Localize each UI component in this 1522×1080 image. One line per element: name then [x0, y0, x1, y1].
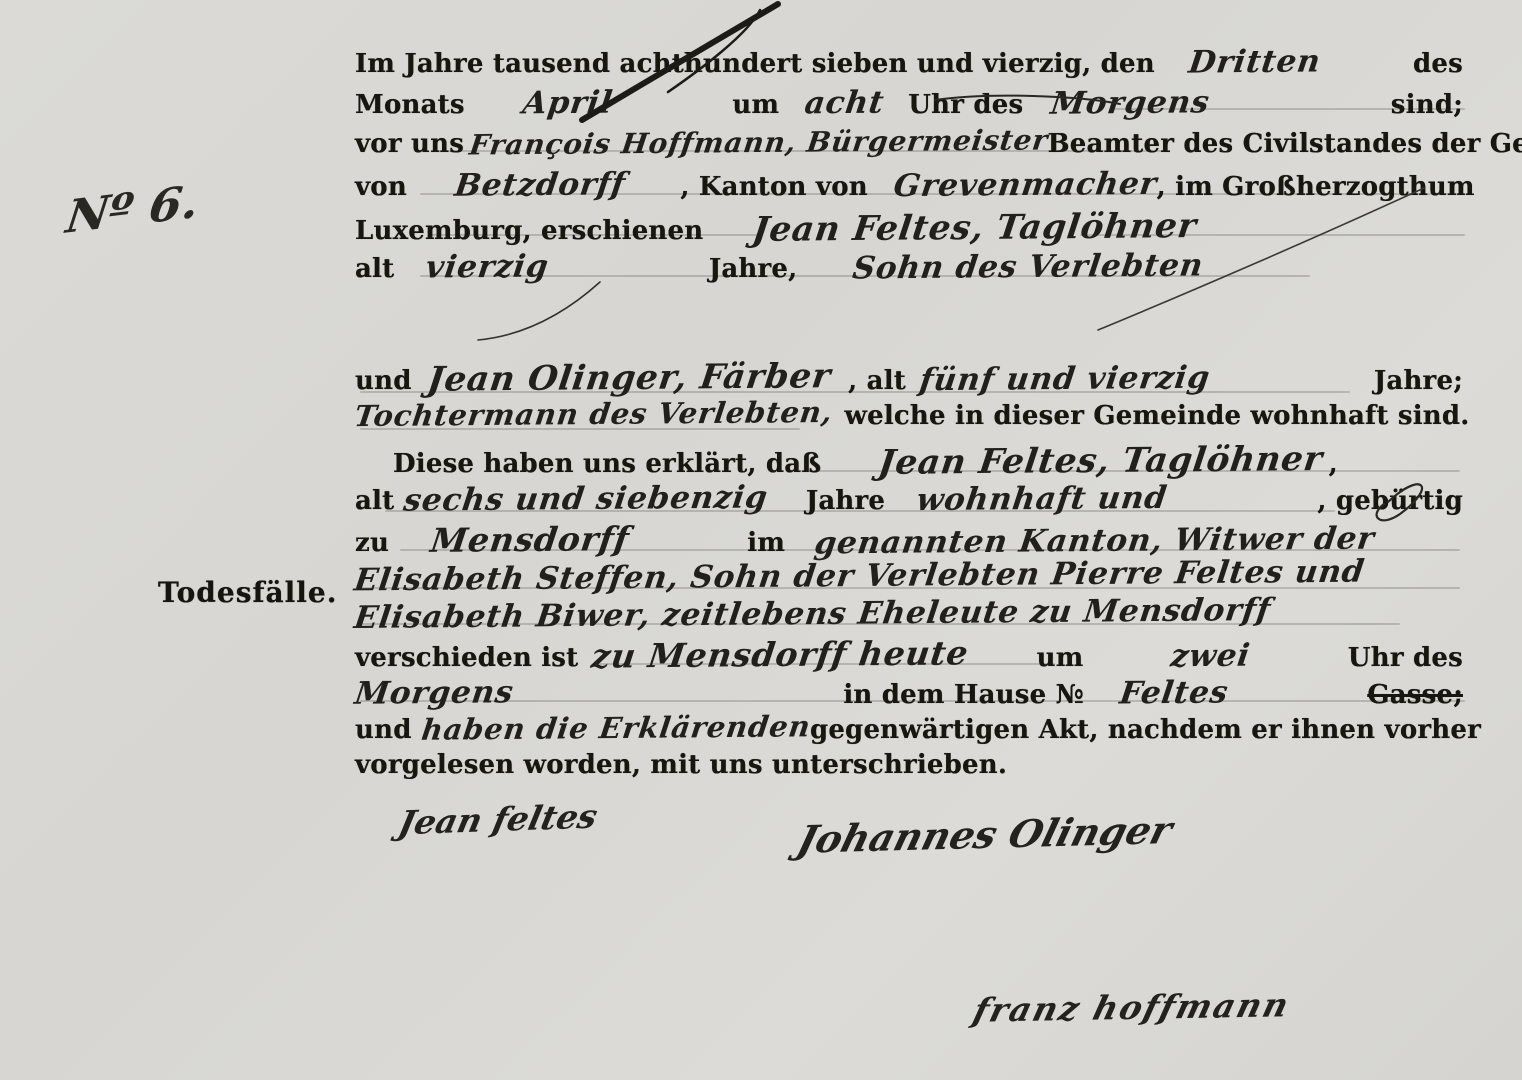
printed-text: Im Jahre tausend achthundert sieben und … [355, 49, 1155, 79]
printed-text: vorgelesen worden, mit uns unterschriebe… [355, 750, 1007, 780]
printed-text: im [747, 528, 785, 558]
handwritten-entry-declarant2: Jean Olinger, Färber [425, 356, 833, 400]
handwritten-entry-day: Dritten [1186, 43, 1322, 80]
printed-text: des [1413, 49, 1463, 79]
section-label-todesfaelle: Todesfälle. [158, 576, 337, 609]
handwritten-entry-deceased-age: sechs und siebenzig [402, 479, 771, 518]
form-line-8: Tochtermann des Verlebten, welche in die… [355, 397, 1463, 431]
printed-text: Uhr des [1348, 643, 1463, 673]
handwritten-entry-declarant1: Jean Feltes, Taglöhner [750, 206, 1199, 250]
handwritten-entry-residence: wohnhaft und [915, 480, 1170, 518]
handwritten-entry-birthplace: Mensdorff [428, 519, 632, 560]
handwritten-entry-relation1: Sohn des Verlebten [851, 247, 1206, 286]
handwritten-entry-age2: fünf und vierzig [917, 360, 1212, 399]
handwritten-entry-house: Feltes [1118, 675, 1231, 712]
printed-text: , alt [848, 366, 906, 396]
form-line-14: verschieden ist zu Mensdorff heute um zw… [355, 635, 1463, 674]
printed-text: verschieden ist [355, 643, 578, 673]
printed-text: und [355, 715, 412, 745]
death-register-page: Nº 6. Todesfälle. Im Jahre tausend achth… [0, 0, 1522, 1080]
handwritten-entry-death-daytime: Morgens [353, 674, 516, 711]
form-line-9: Diese haben uns erklärt, daß Jean Feltes… [355, 441, 1501, 481]
handwritten-entry-age1: vierzig [424, 248, 551, 285]
handwritten-entry-official: François Hoffmann, Bürgermeister [468, 123, 1051, 161]
form-line-12: Elisabeth Steffen, Sohn der Verlebten Pi… [355, 558, 1463, 594]
handwritten-entry-daytime: Morgens [1049, 84, 1212, 121]
handwritten-entry-deceased-name: Jean Feltes, Taglöhner [876, 439, 1325, 483]
form-line-2: Monats April um acht Uhr des Morgens sin… [355, 85, 1463, 121]
printed-text: , [1329, 449, 1338, 479]
printed-text: Uhr des [908, 90, 1023, 120]
printed-text: von [355, 172, 407, 202]
printed-text: Jahre; [1374, 366, 1463, 396]
printed-text: , gebürtig [1317, 486, 1463, 516]
handwritten-entry-death-place: zu Mensdorff heute [590, 633, 972, 675]
form-line-10: alt sechs und siebenzig Jahre wohnhaft u… [355, 481, 1463, 517]
handwritten-entry-relation2: Tochtermann des Verlebten, [352, 395, 835, 433]
printed-text: Jahre [806, 486, 885, 516]
form-line-3: vor uns François Hoffmann, Bürgermeister… [355, 126, 1463, 159]
signature-franz-hoffmann: franz hoffmann [969, 985, 1294, 1029]
printed-text: um [732, 90, 779, 120]
form-line-7: und Jean Olinger, Färber , alt fünf und … [355, 358, 1463, 398]
printed-text: gegenwärtigen Akt, nachdem er ihnen vorh… [810, 715, 1481, 745]
record-number: Nº 6. [63, 174, 202, 243]
handwritten-entry-gemeinde: Betzdorff [452, 166, 627, 203]
printed-text-struck-gasse: Gasse; [1367, 680, 1463, 710]
printed-text: welche in dieser Gemeinde wohnhaft sind. [845, 401, 1470, 431]
form-line-4: von Betzdorff , Kanton von Grevenmacher … [355, 167, 1463, 203]
printed-text: und [355, 366, 412, 396]
printed-text: zu [355, 528, 389, 558]
form-line-15: Morgens in dem Hause № Feltes Gasse; [355, 675, 1463, 711]
signature-jean-feltes: Jean feltes [395, 797, 601, 843]
printed-text: , im Großherzogthum [1157, 172, 1475, 202]
printed-text: in dem Hause № [843, 680, 1084, 710]
form-line-17: vorgelesen worden, mit uns unterschriebe… [355, 750, 1463, 780]
form-line-11: zu Mensdorff im genannten Kanton, Witwer… [355, 520, 1463, 559]
printed-text: sind; [1391, 90, 1463, 120]
printed-text: Jahre, [709, 254, 798, 284]
printed-text: um [1037, 643, 1084, 673]
printed-text: Diese haben uns erklärt, daß [393, 449, 821, 479]
printed-text: Luxemburg, erschienen [355, 216, 703, 246]
printed-text: Beamter des Civilstandes der Gemeinde [1048, 129, 1522, 159]
handwritten-entry-month: April [520, 85, 614, 122]
form-line-16: und haben die Erklärenden gegenwärtigen … [355, 711, 1463, 745]
printed-text: , Kanton von [680, 172, 868, 202]
handwritten-entry-kanton: Grevenmacher [891, 166, 1159, 204]
printed-text: alt [355, 254, 394, 284]
handwritten-entry-parents-residence: Elisabeth Biwer, zeitlebens Eheleute zu … [352, 592, 1273, 636]
form-line-5: Luxemburg, erschienen Jean Feltes, Taglö… [355, 208, 1463, 248]
form-line-13: Elisabeth Biwer, zeitlebens Eheleute zu … [355, 596, 1463, 632]
form-line-1: Im Jahre tausend achthundert sieben und … [355, 44, 1463, 80]
printed-text: vor uns [355, 129, 464, 159]
pen-hairline-icon [478, 282, 600, 340]
printed-text: Monats [355, 90, 465, 120]
form-line-6: alt vierzig Jahre, Sohn des Verlebten [355, 249, 1463, 285]
printed-text: alt [355, 486, 394, 516]
handwritten-entry-hour: acht [803, 85, 887, 122]
signature-johannes-olinger: Johannes Olinger [793, 807, 1177, 862]
handwritten-entry-declarants: haben die Erklärenden [419, 709, 812, 746]
handwritten-entry-death-hour: zwei [1169, 638, 1253, 675]
